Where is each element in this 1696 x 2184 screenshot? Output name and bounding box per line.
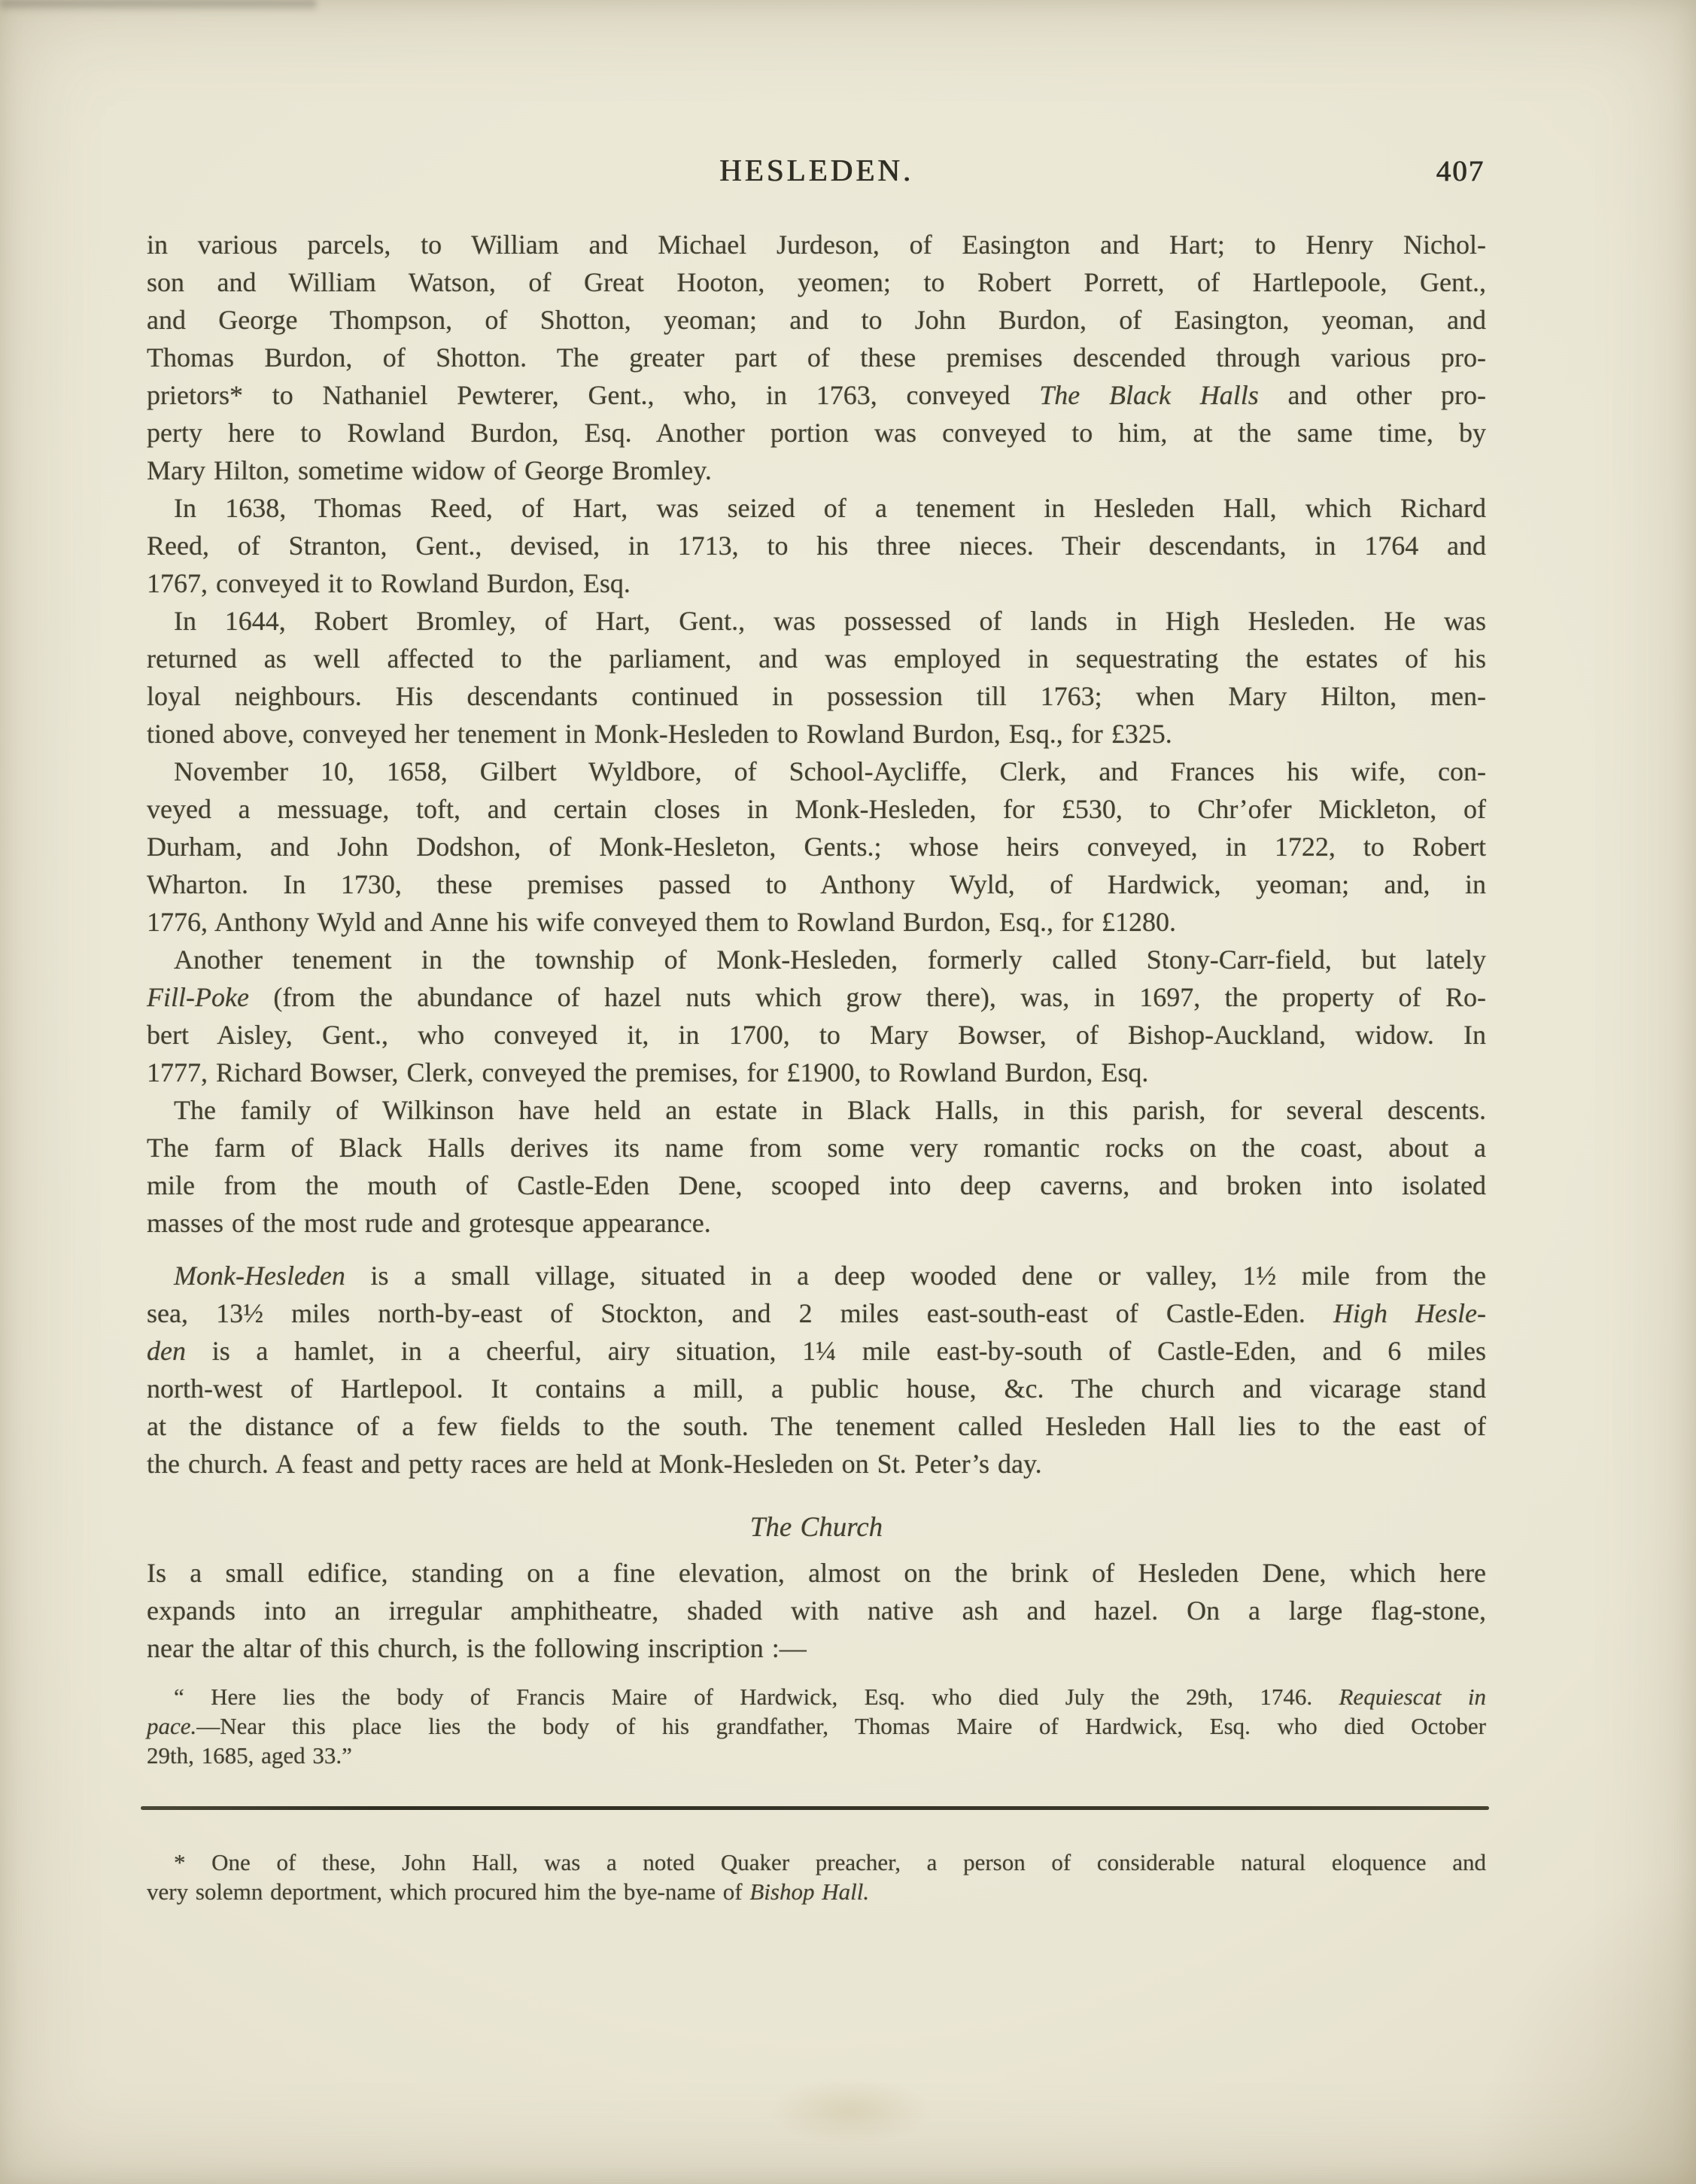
text-span: * One of these, John Hall, was a noted Q… — [174, 1849, 1486, 1875]
text-line: masses of the most rude and grotesque ap… — [147, 1204, 1486, 1242]
paragraph: In 1638, Thomas Reed, of Hart, was seize… — [147, 489, 1486, 602]
text-line: at the distance of a few fields to the s… — [147, 1407, 1486, 1445]
text-span: —Near this place lies the body of his gr… — [196, 1713, 1486, 1739]
text-line: prietors* to Nathaniel Pewterer, Gent., … — [147, 376, 1486, 414]
text-line: 1767, conveyed it to Rowland Burdon, Esq… — [147, 564, 1486, 602]
text-line: “ Here lies the body of Francis Maire of… — [147, 1682, 1486, 1711]
text-line: very solemn deportment, which procured h… — [147, 1877, 1486, 1906]
text-line: November 10, 1658, Gilbert Wyldbore, of … — [147, 753, 1486, 790]
text-line: expands into an irregular amphitheatre, … — [147, 1592, 1486, 1629]
text-line: Reed, of Stranton, Gent., devised, in 17… — [147, 527, 1486, 564]
text-line: north-west of Hartlepool. It contains a … — [147, 1370, 1486, 1407]
text-span: Is a small edifice, standing on a fine e… — [147, 1558, 1486, 1588]
text-line: Is a small edifice, standing on a fine e… — [147, 1554, 1486, 1592]
text-span: 29th, 1685, aged 33.” — [147, 1742, 352, 1769]
text-span: north-west of Hartlepool. It contains a … — [147, 1373, 1486, 1404]
corner-shadow — [1470, 1868, 1696, 2184]
text-span: In 1638, Thomas Reed, of Hart, was seize… — [174, 493, 1486, 523]
text-span: is a hamlet, in a cheerful, airy situati… — [186, 1336, 1486, 1366]
paragraph: The family of Wilkinson have held an est… — [147, 1091, 1486, 1242]
book-page: HESLEDEN. 407 in various parcels, to Wil… — [0, 0, 1696, 2184]
italic-text: Bishop Hall. — [749, 1878, 869, 1905]
text-span: mile from the mouth of Castle-Eden Dene,… — [147, 1170, 1486, 1200]
text-span: In 1644, Robert Bromley, of Hart, Gent.,… — [174, 606, 1486, 636]
section-heading: The Church — [147, 1509, 1486, 1547]
paragraph: Is a small edifice, standing on a fine e… — [147, 1554, 1486, 1667]
text-line: veyed a messuage, toft, and certain clos… — [147, 790, 1486, 828]
text-span: 1767, conveyed it to Rowland Burdon, Esq… — [147, 568, 631, 598]
italic-text: pace. — [147, 1713, 196, 1739]
text-span: Mary Hilton, sometime widow of George Br… — [147, 455, 712, 485]
text-span: at the distance of a few fields to the s… — [147, 1411, 1486, 1441]
text-line: 1776, Anthony Wyld and Anne his wife con… — [147, 903, 1486, 941]
footnote-rule — [141, 1806, 1489, 1810]
footnote: * One of these, John Hall, was a noted Q… — [147, 1848, 1486, 1906]
text-span: bert Aisley, Gent., who conveyed it, in … — [147, 1020, 1486, 1050]
scan-edge-shadow — [0, 0, 316, 12]
text-line: In 1644, Robert Bromley, of Hart, Gent.,… — [147, 602, 1486, 640]
text-line: The family of Wilkinson have held an est… — [147, 1091, 1486, 1129]
text-span: “ Here lies the body of Francis Maire of… — [174, 1684, 1339, 1710]
text-span: The family of Wilkinson have held an est… — [174, 1095, 1486, 1125]
text-line: Fill-Poke (from the abundance of hazel n… — [147, 978, 1486, 1016]
page-header: HESLEDEN. 407 — [147, 152, 1486, 194]
text-line: bert Aisley, Gent., who conveyed it, in … — [147, 1016, 1486, 1054]
text-line: sea, 13½ miles north-by-east of Stockton… — [147, 1294, 1486, 1332]
text-span: veyed a messuage, toft, and certain clos… — [147, 794, 1486, 824]
text-span: the church. A feast and petty races are … — [147, 1449, 1042, 1479]
text-span: Durham, and John Dodshon, of Monk-Heslet… — [147, 832, 1486, 862]
text-span: sea, 13½ miles north-by-east of Stockton… — [147, 1298, 1333, 1328]
text-line: the church. A feast and petty races are … — [147, 1445, 1486, 1483]
text-span: is a small village, situated in a deep w… — [345, 1261, 1486, 1291]
text-span: in various parcels, to William and Micha… — [147, 230, 1486, 260]
text-span: Wharton. In 1730, these premises passed … — [147, 869, 1486, 899]
paragraph: In 1644, Robert Bromley, of Hart, Gent.,… — [147, 602, 1486, 753]
text-line: Durham, and John Dodshon, of Monk-Heslet… — [147, 828, 1486, 865]
text-line: The farm of Black Halls derives its name… — [147, 1129, 1486, 1167]
text-line: Another tenement in the township of Monk… — [147, 941, 1486, 978]
text-span: near the altar of this church, is the fo… — [147, 1633, 807, 1663]
text-span: Another tenement in the township of Monk… — [174, 944, 1486, 975]
text-line: tioned above, conveyed her tenement in M… — [147, 715, 1486, 753]
text-span: returned as well affected to the parliam… — [147, 643, 1486, 674]
text-line: returned as well affected to the parliam… — [147, 640, 1486, 677]
text-line: In 1638, Thomas Reed, of Hart, was seize… — [147, 489, 1486, 527]
text-line: mile from the mouth of Castle-Eden Dene,… — [147, 1167, 1486, 1204]
text-span: Thomas Burdon, of Shotton. The greater p… — [147, 342, 1486, 373]
text-line: * One of these, John Hall, was a noted Q… — [147, 1848, 1486, 1877]
text-span: 1777, Richard Bowser, Clerk, conveyed th… — [147, 1057, 1148, 1087]
text-line: son and William Watson, of Great Hooton,… — [147, 263, 1486, 301]
section-paragraphs: Is a small edifice, standing on a fine e… — [147, 1554, 1486, 1667]
text-line: den is a hamlet, in a cheerful, airy sit… — [147, 1332, 1486, 1370]
paragraph: Another tenement in the township of Monk… — [147, 941, 1486, 1091]
text-span: masses of the most rude and grotesque ap… — [147, 1208, 711, 1238]
text-line: and George Thompson, of Shotton, yeoman;… — [147, 301, 1486, 339]
text-span: perty here to Rowland Burdon, Esq. Anoth… — [147, 418, 1486, 448]
text-column: in various parcels, to William and Micha… — [147, 226, 1486, 1906]
text-span: The farm of Black Halls derives its name… — [147, 1133, 1486, 1163]
text-span: son and William Watson, of Great Hooton,… — [147, 267, 1486, 297]
text-span: tioned above, conveyed her tenement in M… — [147, 719, 1172, 749]
gravestone-inscription: “ Here lies the body of Francis Maire of… — [147, 1682, 1486, 1770]
text-line: 1777, Richard Bowser, Clerk, conveyed th… — [147, 1054, 1486, 1091]
text-line: perty here to Rowland Burdon, Esq. Anoth… — [147, 414, 1486, 452]
italic-text: High Hesle- — [1333, 1298, 1486, 1328]
text-line: Thomas Burdon, of Shotton. The greater p… — [147, 339, 1486, 376]
page-number: 407 — [1436, 154, 1485, 188]
text-line: loyal neighbours. His descendants contin… — [147, 677, 1486, 715]
italic-text: The Black Halls — [1039, 380, 1259, 410]
running-title: HESLEDEN. — [147, 152, 1486, 188]
paragraph: Monk-Hesleden is a small village, situat… — [147, 1257, 1486, 1483]
italic-text: den — [147, 1336, 186, 1366]
text-span: (from the abundance of hazel nuts which … — [249, 982, 1486, 1012]
text-span: and George Thompson, of Shotton, yeoman;… — [147, 305, 1486, 335]
body-paragraphs: in various parcels, to William and Micha… — [147, 226, 1486, 1483]
text-line: pace.—Near this place lies the body of h… — [147, 1711, 1486, 1741]
text-span: very solemn deportment, which procured h… — [147, 1878, 749, 1905]
italic-text: Monk-Hesleden — [174, 1261, 345, 1291]
paper-smudge — [767, 2077, 933, 2145]
text-line: 29th, 1685, aged 33.” — [147, 1741, 1486, 1770]
text-span: November 10, 1658, Gilbert Wyldbore, of … — [174, 756, 1486, 786]
text-line: in various parcels, to William and Micha… — [147, 226, 1486, 263]
italic-text: Requiescat in — [1339, 1684, 1487, 1710]
text-line: Wharton. In 1730, these premises passed … — [147, 865, 1486, 903]
text-span: 1776, Anthony Wyld and Anne his wife con… — [147, 907, 1176, 937]
text-span: Reed, of Stranton, Gent., devised, in 17… — [147, 531, 1486, 561]
text-line: Mary Hilton, sometime widow of George Br… — [147, 452, 1486, 489]
paragraph: November 10, 1658, Gilbert Wyldbore, of … — [147, 753, 1486, 941]
text-span: loyal neighbours. His descendants contin… — [147, 681, 1486, 711]
paragraph: in various parcels, to William and Micha… — [147, 226, 1486, 489]
italic-text: Fill-Poke — [147, 982, 249, 1012]
text-span: prietors* to Nathaniel Pewterer, Gent., … — [147, 380, 1039, 410]
text-span: expands into an irregular amphitheatre, … — [147, 1595, 1486, 1626]
text-line: Monk-Hesleden is a small village, situat… — [147, 1257, 1486, 1294]
text-line: near the altar of this church, is the fo… — [147, 1629, 1486, 1667]
text-span: and other pro- — [1259, 380, 1486, 410]
